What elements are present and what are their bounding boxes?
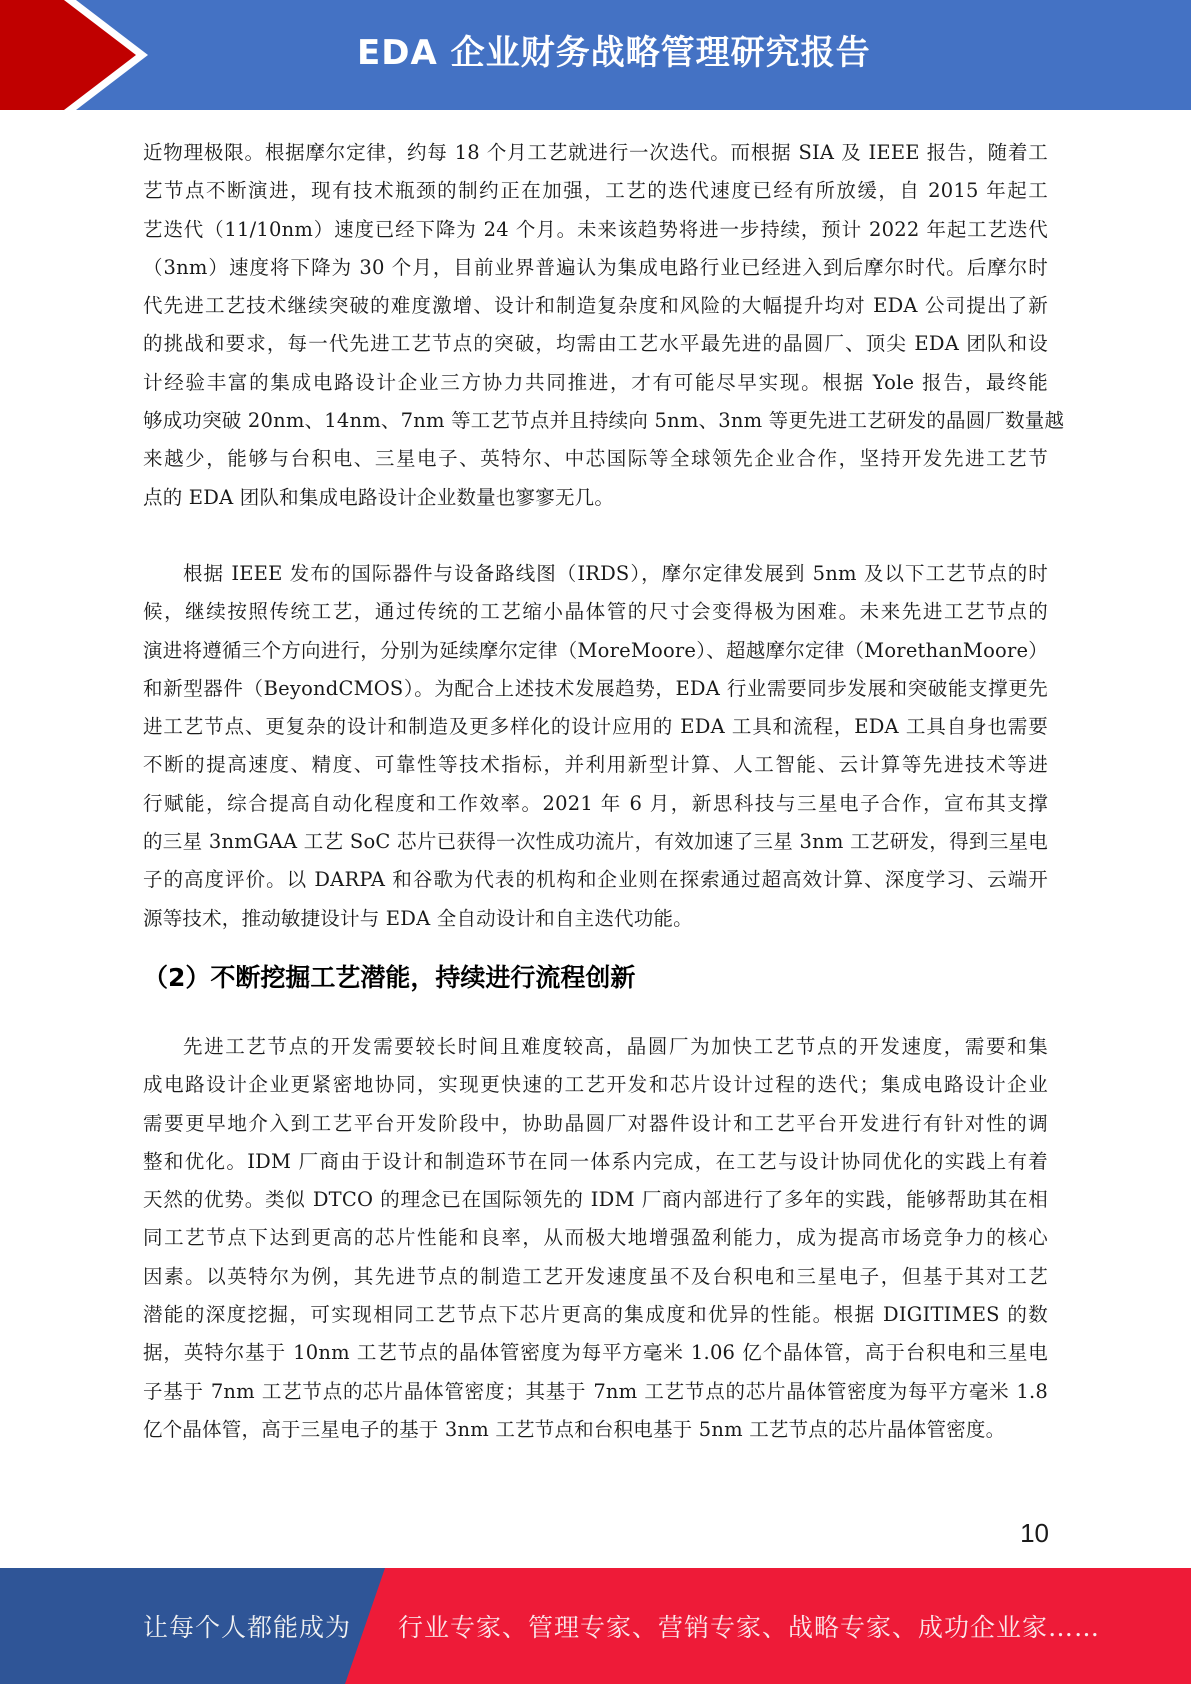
text-line: （3nm）速度将下降为 30 个月，目前业界普遍认为集成电路行业已经进入到后摩尔… bbox=[143, 249, 1048, 287]
text-line: 来越少，能够与台积电、三星电子、英特尔、中芯国际等全球领先企业合作，坚持开发先进… bbox=[143, 440, 1048, 478]
page-header: EDA 企业财务战略管理研究报告 bbox=[0, 0, 1191, 110]
text-line: 和新型器件（BeyondCMOS）。为配合上述技术发展趋势，EDA 行业需要同步… bbox=[143, 670, 1048, 708]
text-line: 候，继续按照传统工艺，通过传统的工艺缩小晶体管的尺寸会变得极为困难。未来先进工艺… bbox=[143, 593, 1048, 631]
section-heading: （2）不断挖掘工艺潜能，持续进行流程创新 bbox=[143, 958, 1048, 998]
text-line: 近物理极限。根据摩尔定律，约每 18 个月工艺就进行一次迭代。而根据 SIA 及… bbox=[143, 134, 1048, 172]
text-line: 先进工艺节点的开发需要较长时间且难度较高，晶圆厂为加快工艺节点的开发速度，需要和… bbox=[143, 1028, 1048, 1066]
text-line: 代先进工艺技术继续突破的难度激增、设计和制造复杂度和风险的大幅提升均对 EDA … bbox=[143, 287, 1048, 325]
text-line: 成电路设计企业更紧密地协同，实现更快速的工艺开发和芯片设计过程的迭代；集成电路设… bbox=[143, 1066, 1048, 1104]
text-line: 的挑战和要求，每一代先进工艺节点的突破，均需由工艺水平最先进的晶圆厂、顶尖 ED… bbox=[143, 325, 1048, 363]
footer-slogan-roles: 行业专家、管理专家、营销专家、战略专家、成功企业家…… bbox=[398, 1608, 1100, 1644]
text-line: 不断的提高速度、精度、可靠性等技术指标，并利用新型计算、人工智能、云计算等先进技… bbox=[143, 746, 1048, 784]
text-line: 潜能的深度挖掘，可实现相同工艺节点下芯片更高的集成度和优异的性能。根据 DIGI… bbox=[143, 1296, 1048, 1334]
heading-spacer bbox=[143, 998, 1048, 1028]
text-line: 行赋能，综合提高自动化程度和工作效率。2021 年 6 月，新思科技与三星电子合… bbox=[143, 785, 1048, 823]
text-line: 够成功突破 20nm、14nm、7nm 等工艺节点并且持续向 5nm、3nm 等… bbox=[143, 402, 1048, 440]
text-line: 子基于 7nm 工艺节点的芯片晶体管密度；其基于 7nm 工艺节点的芯片晶体管密… bbox=[143, 1373, 1048, 1411]
paragraph-moore-law: 近物理极限。根据摩尔定律，约每 18 个月工艺就进行一次迭代。而根据 SIA 及… bbox=[143, 134, 1048, 517]
page-footer: 让每个人都能成为 行业专家、管理专家、营销专家、战略专家、成功企业家…… bbox=[0, 1568, 1191, 1684]
text-line: 进工艺节点、更复杂的设计和制造及更多样化的设计应用的 EDA 工具和流程，EDA… bbox=[143, 708, 1048, 746]
text-line: 天然的优势。类似 DTCO 的理念已在国际领先的 IDM 厂商内部进行了多年的实… bbox=[143, 1181, 1048, 1219]
text-line: 需要更早地介入到工艺平台开发阶段中，协助晶圆厂对器件设计和工艺平台开发进行有针对… bbox=[143, 1105, 1048, 1143]
text-line: 艺节点不断演进，现有技术瓶颈的制约正在加强，工艺的迭代速度已经有所放缓，自 20… bbox=[143, 172, 1048, 210]
document-title: EDA 企业财务战略管理研究报告 bbox=[357, 28, 871, 78]
text-line: 艺迭代（11/10nm）速度已经下降为 24 个月。未来该趋势将进一步持续，预计… bbox=[143, 211, 1048, 249]
paragraph-irds-roadmap: 根据 IEEE 发布的国际器件与设备路线图（IRDS），摩尔定律发展到 5nm … bbox=[143, 555, 1048, 938]
page-number: 10 bbox=[1020, 1518, 1049, 1549]
paragraph-spacer bbox=[143, 517, 1048, 555]
text-line: 据，英特尔基于 10nm 工艺节点的晶体管密度为每平方毫米 1.06 亿个晶体管… bbox=[143, 1334, 1048, 1372]
text-line: 同工艺节点下达到更高的芯片性能和良率，从而极大地增强盈利能力，成为提高市场竞争力… bbox=[143, 1219, 1048, 1257]
text-line: 根据 IEEE 发布的国际器件与设备路线图（IRDS），摩尔定律发展到 5nm … bbox=[143, 555, 1048, 593]
chevron-arrow-icon bbox=[0, 0, 160, 110]
text-line: 点的 EDA 团队和集成电路设计企业数量也寥寥无几。 bbox=[143, 479, 1048, 517]
text-line: 计经验丰富的集成电路设计企业三方协力共同推进，才有可能尽早实现。根据 Yole … bbox=[143, 364, 1048, 402]
paragraph-process-innovation: 先进工艺节点的开发需要较长时间且难度较高，晶圆厂为加快工艺节点的开发速度，需要和… bbox=[143, 1028, 1048, 1449]
document-body: 近物理极限。根据摩尔定律，约每 18 个月工艺就进行一次迭代。而根据 SIA 及… bbox=[143, 134, 1048, 1449]
footer-slogan-lead: 让每个人都能成为 bbox=[143, 1608, 351, 1644]
text-line: 整和优化。IDM 厂商由于设计和制造环节在同一体系内完成，在工艺与设计协同优化的… bbox=[143, 1143, 1048, 1181]
text-line: 的三星 3nmGAA 工艺 SoC 芯片已获得一次性成功流片，有效加速了三星 3… bbox=[143, 823, 1048, 861]
text-line: 子的高度评价。以 DARPA 和谷歌为代表的机构和企业则在探索通过超高效计算、深… bbox=[143, 861, 1048, 899]
text-line: 源等技术，推动敏捷设计与 EDA 全自动设计和自主迭代功能。 bbox=[143, 900, 1048, 938]
text-line: 因素。以英特尔为例，其先进节点的制造工艺开发速度虽不及台积电和三星电子，但基于其… bbox=[143, 1258, 1048, 1296]
text-line: 演进将遵循三个方向进行，分别为延续摩尔定律（MoreMoore）、超越摩尔定律（… bbox=[143, 632, 1048, 670]
text-line: 亿个晶体管，高于三星电子的基于 3nm 工艺节点和台积电基于 5nm 工艺节点的… bbox=[143, 1411, 1048, 1449]
